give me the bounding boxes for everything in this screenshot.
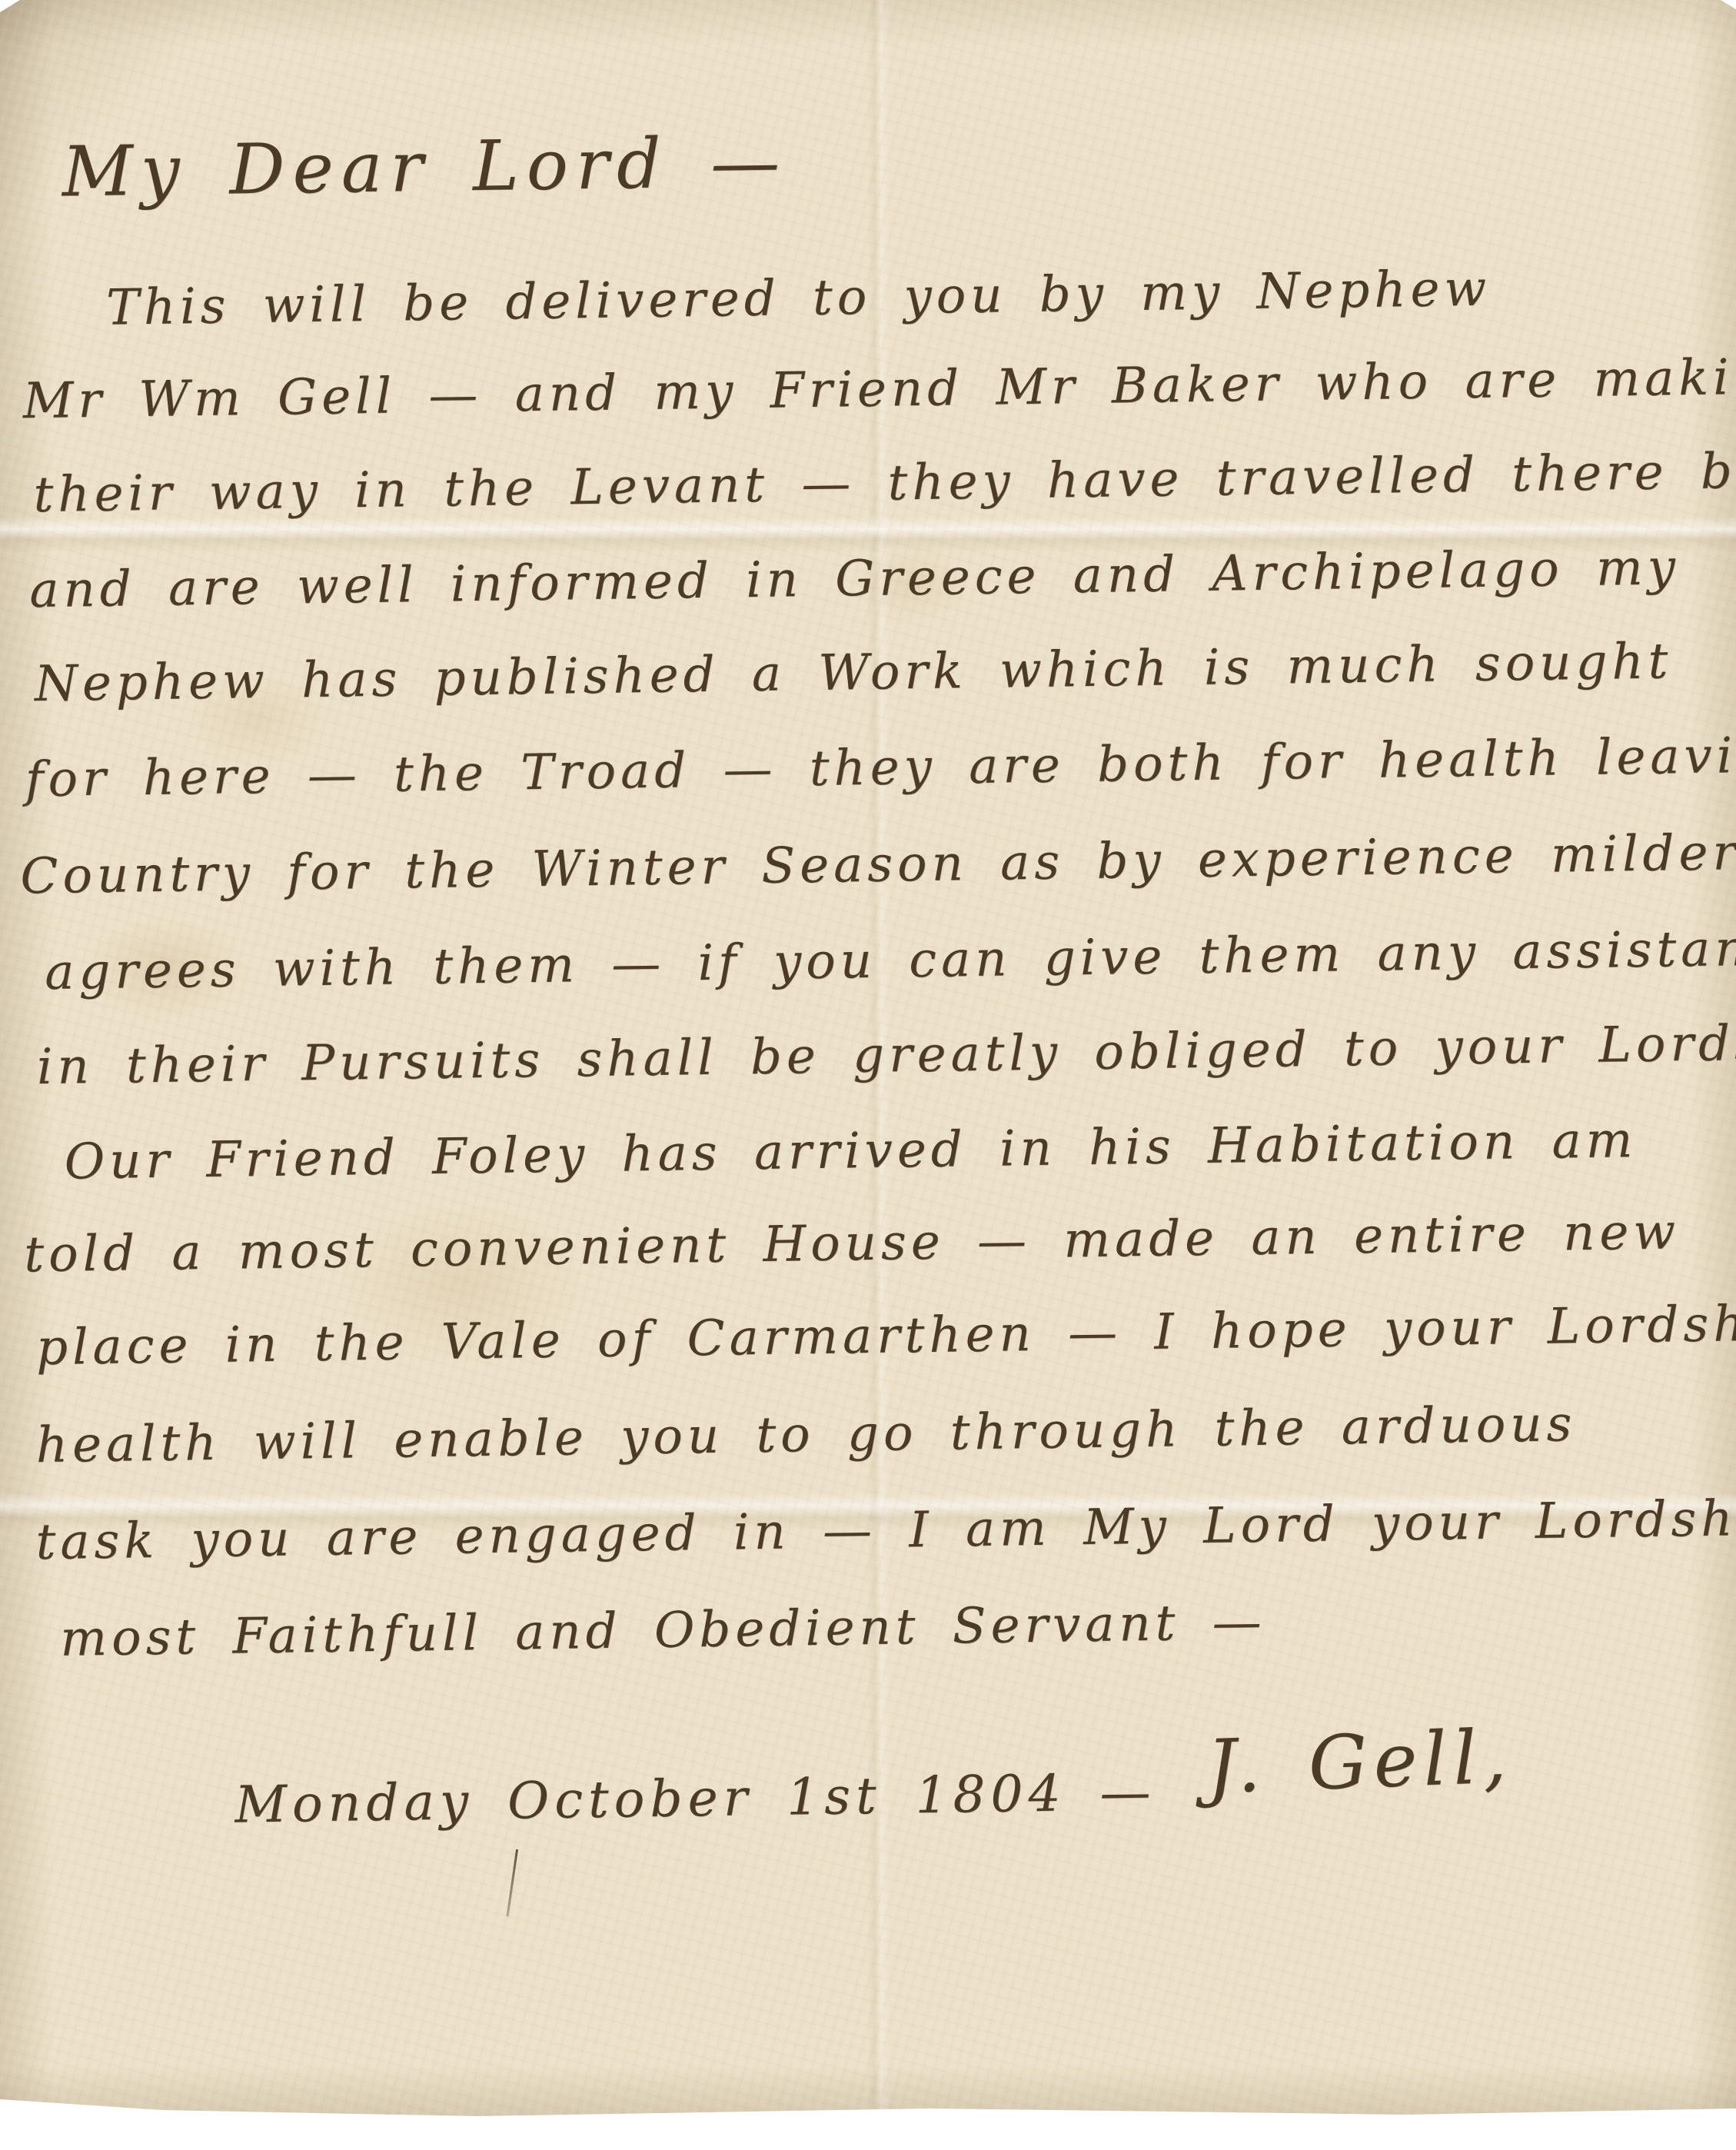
letter-paper: My Dear Lord — This will be delivered to… [0,0,1736,2119]
letter-line-1: This will be delivered to you by my Neph… [106,262,1492,336]
letter-line-9: in their Pursuits shall be greatly oblig… [36,1013,1736,1094]
letter-line-5: Nephew has published a Work which is muc… [35,634,1673,711]
letter-line-8: agrees with them — if you can give them … [45,921,1736,1000]
letter-line-14: task you are engaged in — I am My Lord y… [35,1491,1736,1569]
date-line: Monday October 1st 1804 — [234,1765,1156,1833]
letter-line-6: for here — the Troad — they are both for… [25,726,1736,807]
letter-line-7: Country for the Winter Season as by expe… [20,826,1736,904]
signature: J. Gell, [1206,1716,1514,1808]
letter-line-12: place in the Vale of Carmarthen — I hope… [36,1296,1736,1375]
letter-line-13: health will enable you to go through the… [35,1397,1576,1473]
salutation: My Dear Lord — [62,124,788,210]
letter-line-10: Our Friend Foley has arrived in his Habi… [64,1113,1638,1190]
letter-body: My Dear Lord — This will be delivered to… [0,0,1736,2132]
ink-descender-stroke [507,1849,519,1917]
letter-line-4: and are well informed in Greece and Arch… [29,541,1680,617]
letter-line-2: Mr Wm Gell — and my Friend Mr Baker who … [22,350,1736,429]
letter-line-11: told a most convenient House — made an e… [24,1205,1681,1282]
letter-line-3: their way in the Levant — they have trav… [33,442,1736,522]
letter-line-15: most Faithfull and Obedient Servant — [60,1596,1266,1666]
